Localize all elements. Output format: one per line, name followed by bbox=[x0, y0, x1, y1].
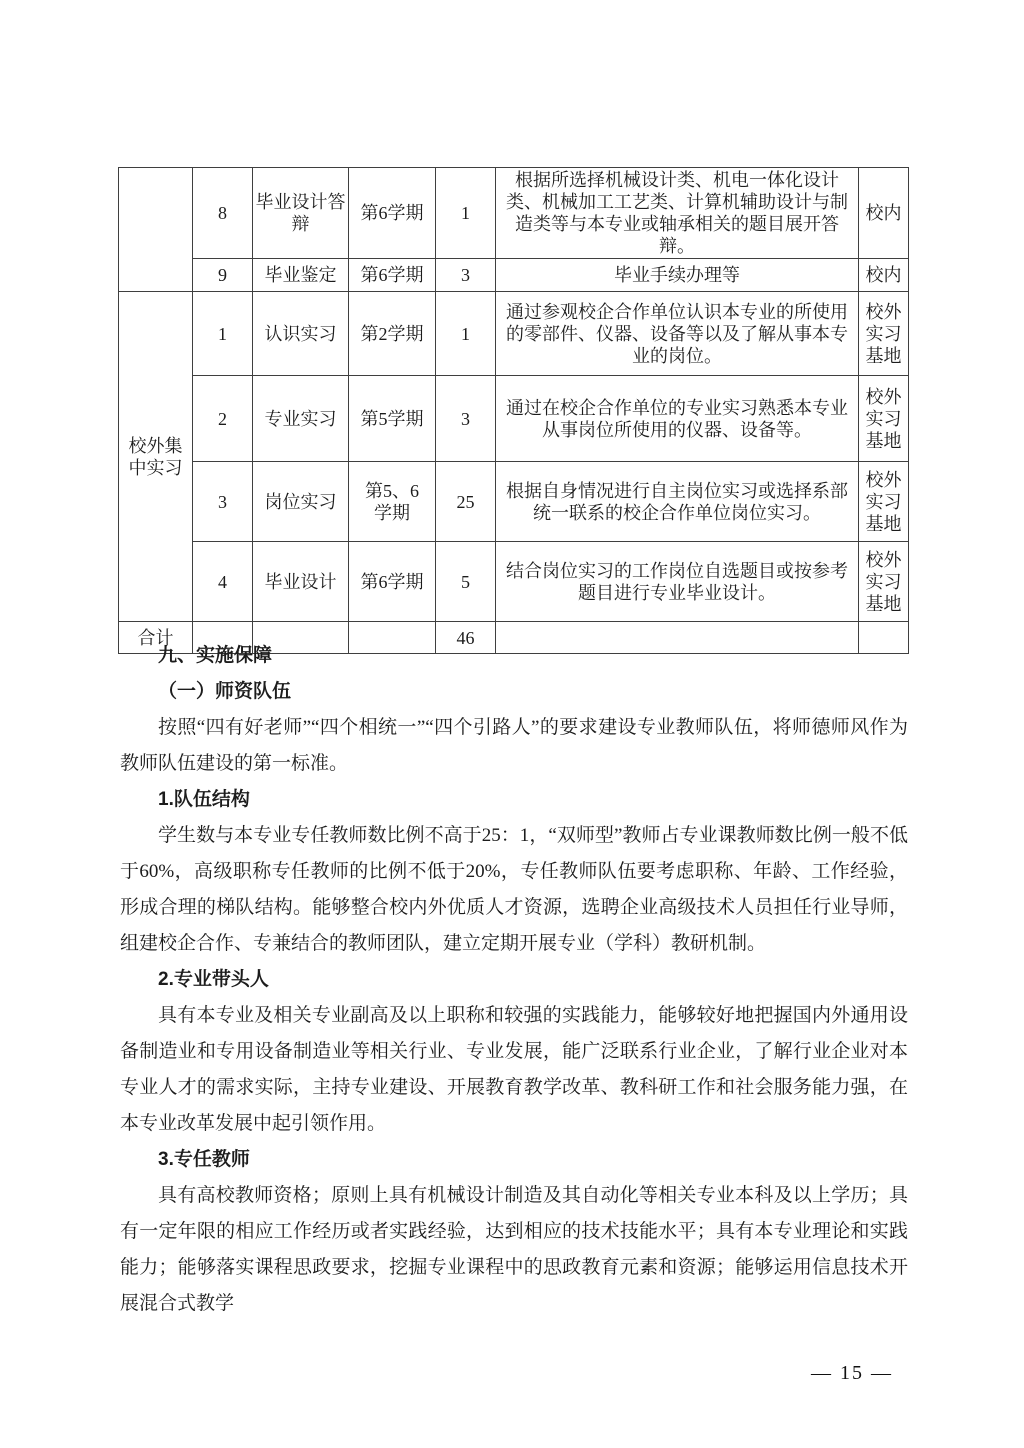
intro-paragraph: 按照“四有好老师”“四个相统一”“四个引路人”的要求建设专业教师队伍，将师德师风… bbox=[120, 710, 908, 782]
cell-no: 4 bbox=[193, 542, 253, 622]
cell-no: 1 bbox=[193, 292, 253, 376]
item-paragraph-fulltime-teachers: 具有高校教师资格；原则上具有机械设计制造及其自动化等相关专业本科及以上学历；具有… bbox=[120, 1178, 908, 1322]
cell-location: 校内 bbox=[859, 168, 909, 259]
cell-semester: 第2学期 bbox=[349, 292, 436, 376]
cell-location: 校内 bbox=[859, 259, 909, 292]
table-row-4: 4 毕业设计 第6学期 5 结合岗位实习的工作岗位自选题目或按参考题目进行专业毕… bbox=[119, 542, 909, 622]
table-row-9: 9 毕业鉴定 第6学期 3 毕业手续办理等 校内 bbox=[119, 259, 909, 292]
cell-name: 专业实习 bbox=[253, 376, 349, 462]
table-row-2: 2 专业实习 第5学期 3 通过在校企合作单位的专业实习熟悉本专业从事岗位所使用… bbox=[119, 376, 909, 462]
cell-location: 校外实习基地 bbox=[859, 542, 909, 622]
cell-location: 校外实习基地 bbox=[859, 462, 909, 542]
body-text: 九、实施保障 （一）师资队伍 按照“四有好老师”“四个相统一”“四个引路人”的要… bbox=[120, 638, 908, 1322]
table-row-1: 校外集中实习 1 认识实习 第2学期 1 通过参观校企合作单位认识本专业的所使用… bbox=[119, 292, 909, 376]
cell-name: 毕业设计答辩 bbox=[253, 168, 349, 259]
item-paragraph-program-leader: 具有本专业及相关专业副高及以上职称和较强的实践能力，能够较好地把握国内外通用设备… bbox=[120, 998, 908, 1142]
cell-description: 毕业手续办理等 bbox=[496, 259, 859, 292]
item-heading-fulltime-teachers: 3.专任教师 bbox=[120, 1142, 908, 1178]
section-heading: 九、实施保障 bbox=[120, 638, 908, 674]
table-row-3: 3 岗位实习 第5、6 学期 25 根据自身情况进行自主岗位实习或选择系部统一联… bbox=[119, 462, 909, 542]
cell-description: 根据所选择机械设计类、机电一体化设计类、机械加工工艺类、计算机辅助设计与制造类等… bbox=[496, 168, 859, 259]
cell-credits: 5 bbox=[436, 542, 496, 622]
cell-no: 2 bbox=[193, 376, 253, 462]
item-heading-team-structure: 1.队伍结构 bbox=[120, 782, 908, 818]
cell-description: 结合岗位实习的工作岗位自选题目或按参考题目进行专业毕业设计。 bbox=[496, 542, 859, 622]
cell-semester: 第5、6 学期 bbox=[349, 462, 436, 542]
table-row-8: 8 毕业设计答辩 第6学期 1 根据所选择机械设计类、机电一体化设计类、机械加工… bbox=[119, 168, 909, 259]
cell-location: 校外实习基地 bbox=[859, 292, 909, 376]
cell-semester: 第6学期 bbox=[349, 259, 436, 292]
cell-credits: 1 bbox=[436, 168, 496, 259]
cell-no: 8 bbox=[193, 168, 253, 259]
cell-semester: 第6学期 bbox=[349, 168, 436, 259]
cell-description: 通过在校企合作单位的专业实习熟悉本专业从事岗位所使用的仪器、设备等。 bbox=[496, 376, 859, 462]
item-paragraph-team-structure: 学生数与本专业专任教师数比例不高于25：1，“双师型”教师占专业课教师数比例一般… bbox=[120, 818, 908, 962]
cell-credits: 25 bbox=[436, 462, 496, 542]
cell-name: 认识实习 bbox=[253, 292, 349, 376]
practice-schedule-table: 8 毕业设计答辩 第6学期 1 根据所选择机械设计类、机电一体化设计类、机械加工… bbox=[118, 167, 909, 654]
cell-semester: 第5学期 bbox=[349, 376, 436, 462]
cell-no: 9 bbox=[193, 259, 253, 292]
item-heading-program-leader: 2.专业带头人 bbox=[120, 962, 908, 998]
document-page: 8 毕业设计答辩 第6学期 1 根据所选择机械设计类、机电一体化设计类、机械加工… bbox=[0, 0, 1024, 1448]
cell-name: 毕业鉴定 bbox=[253, 259, 349, 292]
cell-credits: 1 bbox=[436, 292, 496, 376]
cell-no: 3 bbox=[193, 462, 253, 542]
cell-name: 毕业设计 bbox=[253, 542, 349, 622]
cell-credits: 3 bbox=[436, 259, 496, 292]
cell-name: 岗位实习 bbox=[253, 462, 349, 542]
cell-credits: 3 bbox=[436, 376, 496, 462]
group-cell-offcampus: 校外集中实习 bbox=[119, 292, 193, 622]
cell-description: 根据自身情况进行自主岗位实习或选择系部统一联系的校企合作单位岗位实习。 bbox=[496, 462, 859, 542]
subsection-heading: （一）师资队伍 bbox=[120, 674, 908, 710]
cell-location: 校外实习基地 bbox=[859, 376, 909, 462]
cell-description: 通过参观校企合作单位认识本专业的所使用的零部件、仪器、设备等以及了解从事本专业的… bbox=[496, 292, 859, 376]
cell-semester: 第6学期 bbox=[349, 542, 436, 622]
group-cell-empty bbox=[119, 168, 193, 292]
page-number: — 15 — bbox=[811, 1362, 893, 1385]
